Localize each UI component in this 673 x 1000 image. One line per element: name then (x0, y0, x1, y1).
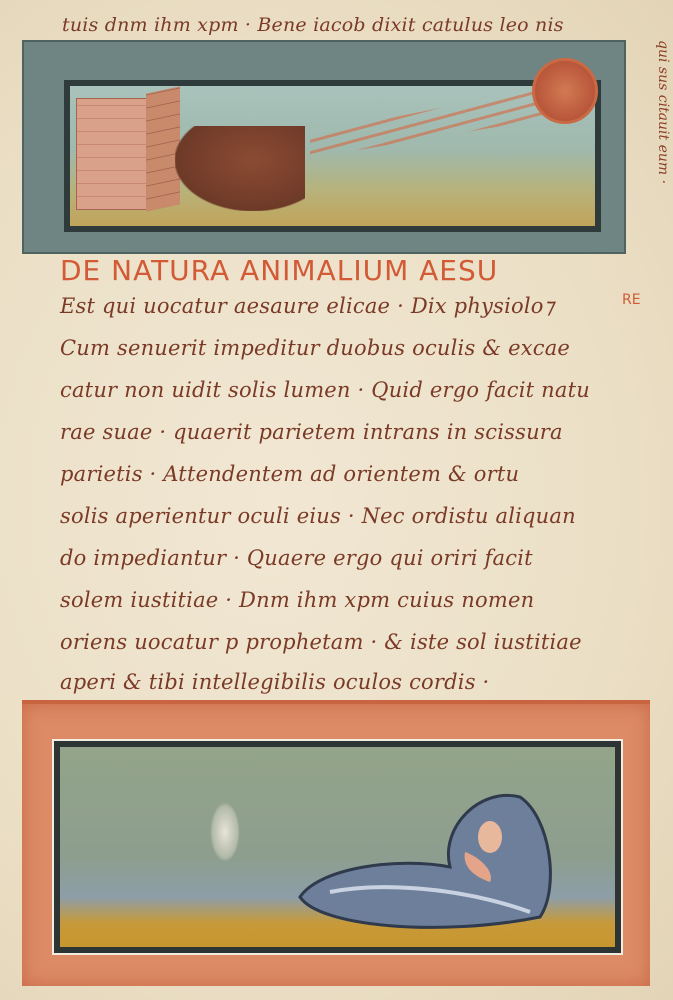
body-line: oriens uocatur p prophetam · & iste sol … (60, 630, 582, 654)
brick-wall-icon (76, 98, 148, 210)
sun-rays (310, 86, 550, 166)
illustration-reclining-figure (22, 700, 650, 986)
body-line: catur non uidit solis lumen · Quid ergo … (60, 378, 590, 402)
body-line: parietis · Attendentem ad orientem & ort… (60, 462, 519, 486)
bird-icon (210, 802, 240, 862)
body-line: solem iustitiae · Dnm ihm xpm cuius nome… (60, 588, 534, 612)
illustration-lion-sun (22, 40, 626, 254)
body-line: aperi & tibi intellegibilis oculos cordi… (60, 670, 489, 694)
illustration-lion-sun-panel (64, 80, 601, 232)
body-line: solis aperientur oculi eius · Nec ordist… (60, 504, 576, 528)
lion-icon (175, 126, 305, 211)
margin-note: qui sus citauit eum · (655, 40, 671, 184)
reclining-figure-icon (240, 787, 560, 937)
top-text-line: tuis dnm ihm xpm · Bene iacob dixit catu… (62, 14, 564, 36)
body-line: Est qui uocatur aesaure elicae · Dix phy… (60, 294, 554, 318)
illustration-reclining-figure-panel (54, 741, 621, 953)
rubric-heading-continuation: RE (622, 292, 641, 308)
body-line: do impediantur · Quaere ergo qui oriri f… (60, 546, 533, 570)
body-line: rae suae · quaerit parietem intrans in s… (60, 420, 563, 444)
rubric-heading: DE NATURA ANIMALIUM AESU (60, 254, 498, 287)
body-line: Cum senuerit impeditur duobus oculis & e… (60, 336, 570, 360)
sun-face-icon (532, 58, 598, 124)
